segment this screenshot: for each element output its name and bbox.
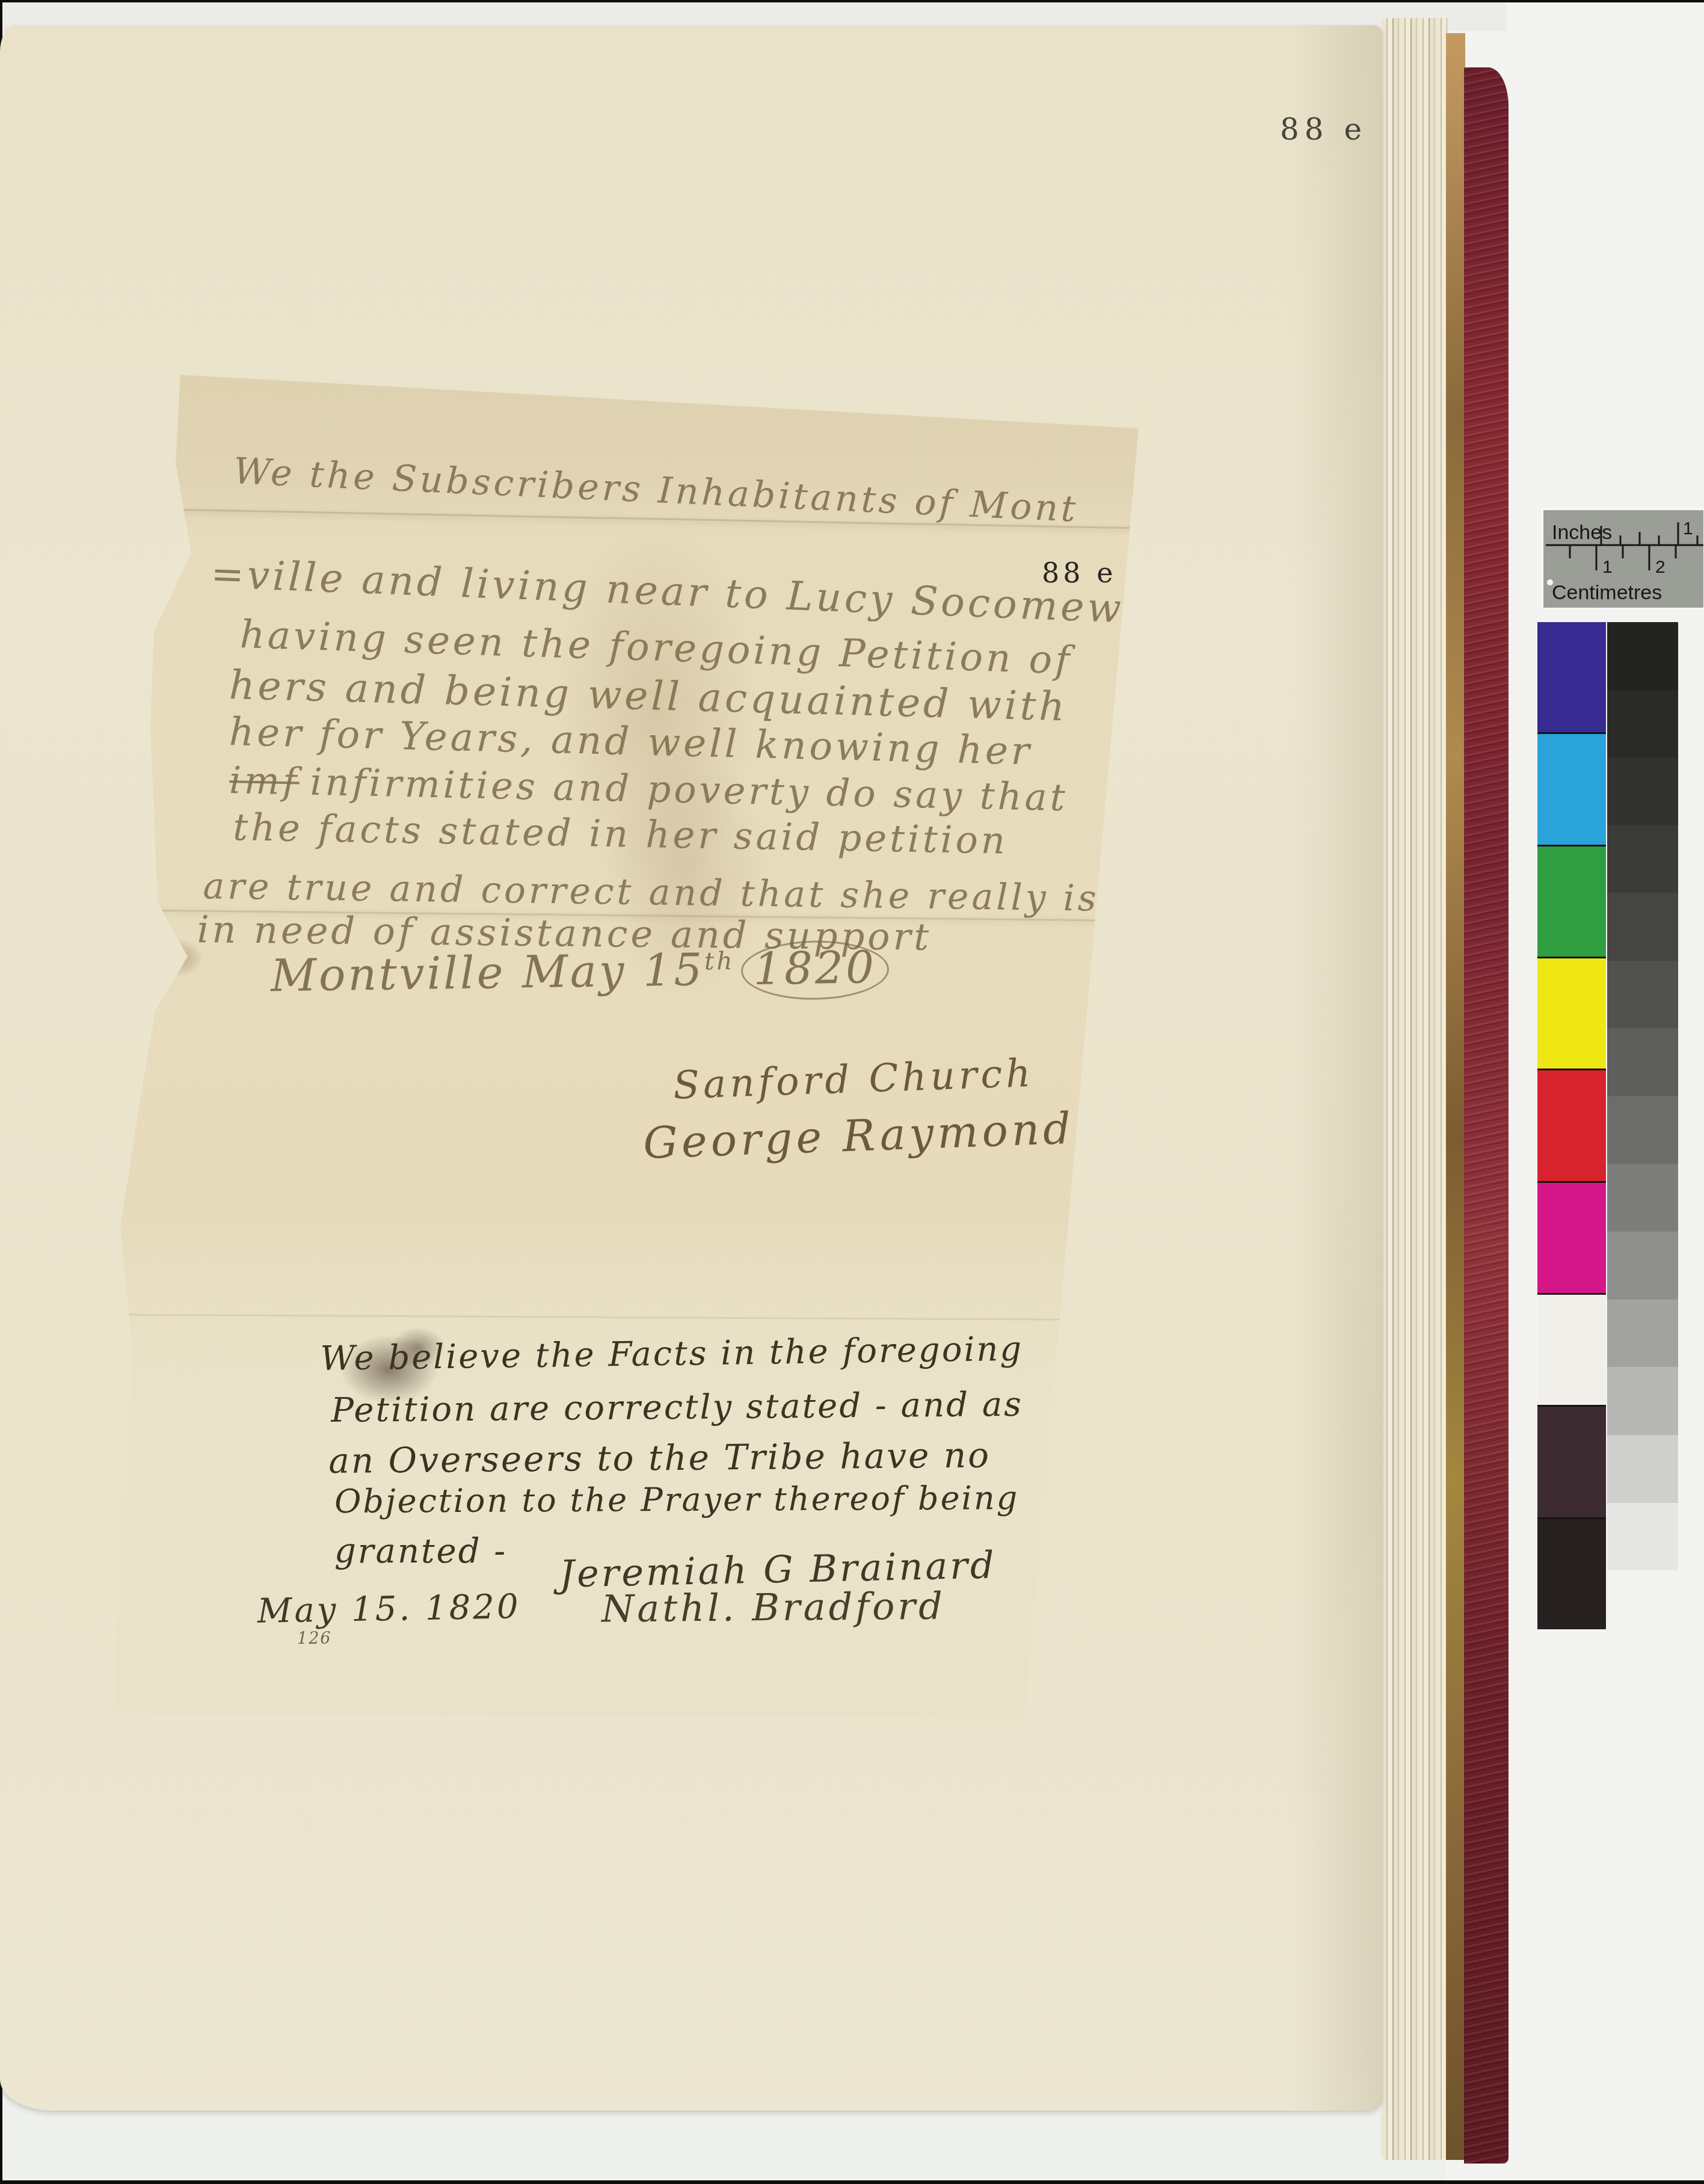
marbled-endpaper: [1446, 33, 1465, 2160]
endorsement-date: May 15. 1820: [257, 1587, 521, 1631]
gray-step: [1607, 961, 1678, 1029]
inches-label: Inches: [1552, 521, 1612, 544]
ruler-ticks: Inches 1 1 2 Centimetres: [1543, 510, 1703, 608]
archival-number-annotation: 126: [297, 1629, 332, 1648]
cm-number-1: 1: [1602, 557, 1613, 577]
page-folio-pencil-annotation: 88 e: [1280, 112, 1367, 147]
gray-step: [1607, 1232, 1678, 1300]
color-patch: [1537, 958, 1606, 1070]
color-patch: [1537, 1070, 1606, 1182]
dateline-ordinal: th: [704, 946, 735, 976]
inch-number: 1: [1683, 519, 1693, 538]
gray-step: [1607, 893, 1678, 961]
letter-dateline: Montville May 15th1820: [270, 942, 889, 1002]
dateline-year-circled: 1820: [740, 940, 890, 1001]
dateline-place-date: Montville May 15: [270, 944, 704, 1002]
endorsement-signature-bradford: Nathl. Bradford: [601, 1584, 946, 1631]
witness-signature: Sanford Church: [672, 1051, 1035, 1108]
endorsement-text-line: Petition are correctly stated - and as: [331, 1385, 1023, 1430]
endorsement-text-line: an Overseers to the Tribe have no: [328, 1434, 991, 1481]
color-patch: [1537, 1407, 1606, 1519]
gray-step: [1607, 757, 1678, 825]
cm-number-2: 2: [1655, 557, 1666, 577]
fold-crease-bottom: [108, 1314, 1140, 1321]
red-leather-binding: [1464, 67, 1509, 2164]
gray-step: [1607, 1367, 1678, 1435]
struck-out-word: imf: [229, 758, 300, 803]
color-patch: [1537, 622, 1606, 734]
color-patch: [1537, 1295, 1606, 1407]
gray-step: [1607, 1164, 1678, 1232]
ruler-scale-card: Inches 1 1 2 Centimetres: [1543, 510, 1703, 608]
photo-frame-bottom-edge: [0, 2180, 1704, 2184]
grayscale-step-wedge: [1607, 622, 1678, 1570]
centimetres-label: Centimetres: [1552, 581, 1662, 604]
endorsement-text-line: We believe the Facts in the foregoing: [320, 1330, 1024, 1378]
handwritten-petition-letter: We the Subscribers Inhabitants of Mont=v…: [108, 373, 1140, 1724]
page-gutter-shade: [1292, 25, 1382, 2111]
gray-step: [1607, 1503, 1678, 1571]
gray-step: [1607, 1028, 1678, 1096]
color-patch: [1537, 1519, 1606, 1629]
gray-step: [1607, 1096, 1678, 1164]
color-patch: [1537, 847, 1606, 958]
gray-step: [1607, 690, 1678, 758]
letter-folio-stamp: 88 e: [1042, 557, 1116, 589]
gray-step: [1607, 622, 1678, 690]
color-patch: [1537, 734, 1606, 846]
color-patch: [1537, 1183, 1606, 1295]
endorsement-text-line: granted -: [334, 1532, 507, 1571]
endorsement-text-line: Objection to the Prayer thereof being: [334, 1479, 1019, 1520]
book-page-edges: [1381, 18, 1447, 2160]
gray-step: [1607, 1435, 1678, 1503]
gray-step: [1607, 825, 1678, 893]
gray-step: [1607, 1300, 1678, 1368]
color-calibration-bar: [1537, 622, 1606, 1629]
witness-signature: George Raymond: [642, 1103, 1075, 1168]
